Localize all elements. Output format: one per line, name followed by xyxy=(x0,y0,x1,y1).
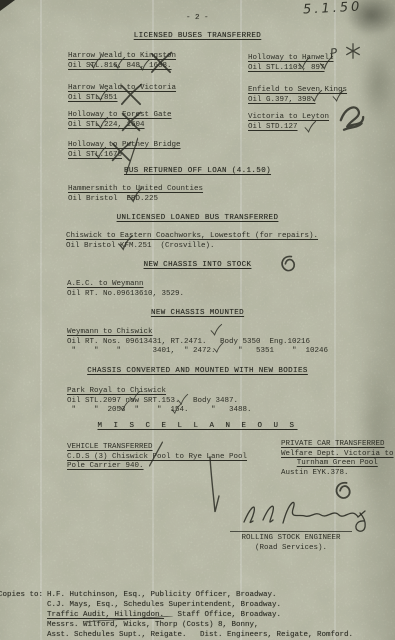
fleet-numbers: Oil RT. No.09613610, 3529. xyxy=(67,290,184,300)
handwritten-tick-mark xyxy=(112,56,126,70)
copies-line: H.F. Hutchinson, Esq., Publicity Officer… xyxy=(47,591,277,600)
section-title-returned: BUS RETURNED OFF LOAN (4.1.50) xyxy=(0,167,395,175)
transfer-entry: Chiswick to Eastern Coachworks, Lowestof… xyxy=(66,232,318,251)
transfer-detail: Turnham Green Pool xyxy=(281,459,394,469)
handwritten-line-mark xyxy=(76,616,180,622)
section-title-miscellaneous: M I S C E L L A N E O U S xyxy=(0,422,395,430)
fleet-numbers: Austin EYK.378. xyxy=(281,469,394,479)
document-page: - 2 - 5.1.50 LICENSED BUSES TRANSFERRED … xyxy=(0,0,395,640)
handwritten-tick-mark xyxy=(309,89,323,103)
handwritten-tick-mark xyxy=(212,342,224,354)
signatory-department: (Road Services). xyxy=(230,543,352,553)
handwritten-bigx-mark xyxy=(119,110,143,134)
section-title-new-chassis-stock: NEW CHASSIS INTO STOCK xyxy=(0,261,395,269)
copies-line: Asst. Schedules Supt., Reigate. Dist. En… xyxy=(47,631,353,640)
handwritten-vee-mark xyxy=(203,456,227,516)
torn-corner xyxy=(0,0,15,11)
handwritten-date: 5.1.50 xyxy=(303,0,363,18)
handwritten-tick-mark xyxy=(126,186,144,204)
handwritten-tick-mark xyxy=(95,88,109,102)
route-label: A.E.C. to Weymann xyxy=(67,280,184,290)
fleet-numbers-row: Oil STL.2097 now SRT.153. Body 3487. xyxy=(67,397,252,407)
signatory-role: ROLLING STOCK ENGINEER xyxy=(230,533,352,543)
handwritten-tick-mark xyxy=(93,146,107,160)
fleet-numbers: Oil Bristol KFM.251 (Crosville). xyxy=(66,242,318,252)
copies-line: Messrs. Wilford, Wicks, Thorp (Costs) 8,… xyxy=(47,621,259,630)
handwritten-loop-mark xyxy=(331,479,357,505)
handwritten-bigx-mark xyxy=(118,82,144,108)
handwritten-loop-mark xyxy=(277,253,301,277)
fleet-numbers-row: " " " 3401, " 2472. " 5351 " 10246 xyxy=(67,347,328,357)
section-title-unlicensed: UNLICENSED LOANED BUS TRANSFERRED xyxy=(0,214,395,222)
transfer-detail: Welfare Dept. Victoria to xyxy=(281,450,394,460)
section-title-new-chassis-mounted: NEW CHASSIS MOUNTED xyxy=(0,309,395,317)
handwritten-tick-mark xyxy=(95,116,109,130)
section-title-licensed: LICENSED BUSES TRANSFERRED xyxy=(0,32,395,40)
handwritten-tick-mark xyxy=(88,56,102,70)
handwritten-line-mark xyxy=(148,441,164,467)
route-label: Weymann to Chiswick xyxy=(67,328,328,338)
section-title-converted: CHASSIS CONVERTED AND MOUNTED WITH NEW B… xyxy=(0,367,395,375)
handwritten-tick-mark xyxy=(297,56,311,70)
copies-label: Copies to: xyxy=(0,591,43,600)
subsection-title: PRIVATE CAR TRANSFERRED xyxy=(281,440,394,450)
transfer-entry: Weymann to Chiswick Oil RT. Nos. 0961343… xyxy=(67,328,328,357)
route-label: Chiswick to Eastern Coachworks, Lowestof… xyxy=(66,232,318,242)
handwritten-tick-mark xyxy=(116,234,134,252)
transfer-entry: A.E.C. to Weymann Oil RT. No.09613610, 3… xyxy=(67,280,184,299)
handwritten-scribble-mark xyxy=(336,101,368,133)
handwritten-bigx-mark xyxy=(148,50,174,76)
signature-block: ROLLING STOCK ENGINEER (Road Services). xyxy=(230,531,352,553)
route-label: Park Royal to Chiswick xyxy=(67,387,252,397)
copies-line: C.J. Mays, Esq., Schedules Superintenden… xyxy=(47,601,281,610)
handwritten-star-mark xyxy=(344,42,362,60)
handwritten-tick-mark xyxy=(209,323,223,337)
handwritten-tick-mark xyxy=(303,120,317,134)
fleet-numbers-row: Oil RT. Nos. 09613431, RT.2471. Body 535… xyxy=(67,338,328,348)
handwritten-tick-mark xyxy=(118,400,130,412)
handwritten-tick-mark xyxy=(170,403,182,415)
transfer-entry: Park Royal to Chiswick Oil STL.2097 now … xyxy=(67,387,252,416)
page-number: - 2 - xyxy=(186,14,209,23)
handwritten-text-mark: P xyxy=(329,46,338,61)
paper-crease xyxy=(40,0,42,640)
fleet-numbers-row: " " 2053 " " 154. " 3488. xyxy=(67,406,252,416)
private-car-transferred-block: PRIVATE CAR TRANSFERRED Welfare Dept. Vi… xyxy=(281,440,394,478)
handwritten-line-mark xyxy=(125,137,139,175)
